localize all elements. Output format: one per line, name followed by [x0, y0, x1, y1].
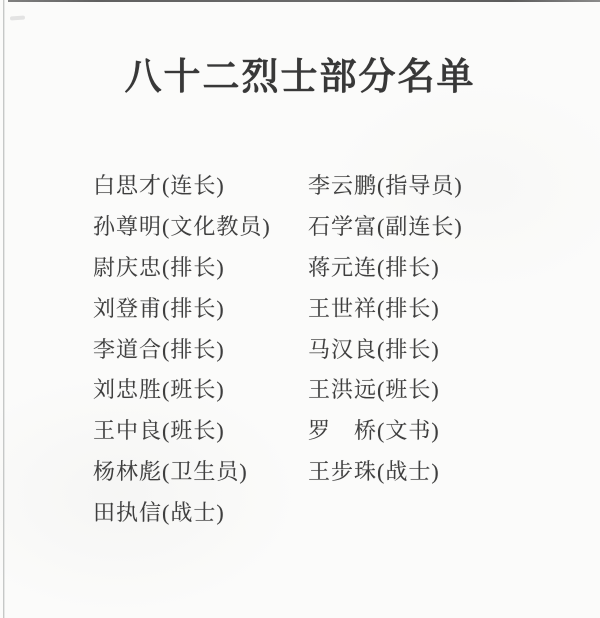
martyr-entry: 孙尊明(文化教员): [93, 210, 308, 241]
list-row: 白思才(连长) 李云鹏(指导员): [93, 164, 563, 205]
martyr-entry: 李道合(排长): [93, 333, 308, 364]
list-row: 田执信(战士): [93, 491, 563, 532]
martyr-entry: 尉庆忠(排长): [93, 251, 308, 282]
martyr-entry: 李云鹏(指导员): [308, 169, 563, 200]
martyr-entry: 刘登甫(排长): [93, 292, 308, 323]
martyr-entry: 王洪远(班长): [308, 373, 563, 404]
list-row: 杨林彪(卫生员) 王步珠(战士): [93, 450, 563, 491]
martyr-entry: 田执信(战士): [93, 496, 308, 527]
martyr-entry: 蒋元连(排长): [308, 251, 563, 282]
martyr-entry: 王步珠(战士): [308, 455, 563, 486]
scanned-book-page: 八十二烈士部分名单 白思才(连长) 李云鹏(指导员) 孙尊明(文化教员) 石学富…: [0, 0, 600, 618]
martyr-entry: 杨林彪(卫生员): [93, 455, 308, 486]
list-row: 刘忠胜(班长) 王洪远(班长): [93, 368, 563, 409]
martyr-name-list: 白思才(连长) 李云鹏(指导员) 孙尊明(文化教员) 石学富(副连长) 尉庆忠(…: [93, 164, 563, 532]
list-row: 李道合(排长) 马汉良(排长): [93, 328, 563, 369]
martyr-entry: 王世祥(排长): [308, 292, 563, 323]
martyr-entry: 王中良(班长): [93, 414, 308, 445]
list-row: 孙尊明(文化教员) 石学富(副连长): [93, 205, 563, 246]
martyr-entry: 石学富(副连长): [308, 210, 563, 241]
martyr-entry: 刘忠胜(班长): [93, 373, 308, 404]
scan-edge-top-line: [8, 0, 600, 2]
page-title: 八十二烈士部分名单: [0, 46, 600, 100]
list-row: 尉庆忠(排长) 蒋元连(排长): [93, 246, 563, 287]
list-row: 王中良(班长) 罗 桥(文书): [93, 409, 563, 450]
martyr-entry: 罗 桥(文书): [308, 414, 563, 445]
scan-smudge-artifact: [10, 15, 25, 20]
martyr-entry: 马汉良(排长): [308, 333, 563, 364]
martyr-entry: 白思才(连长): [93, 169, 308, 200]
list-row: 刘登甫(排长) 王世祥(排长): [93, 287, 563, 328]
